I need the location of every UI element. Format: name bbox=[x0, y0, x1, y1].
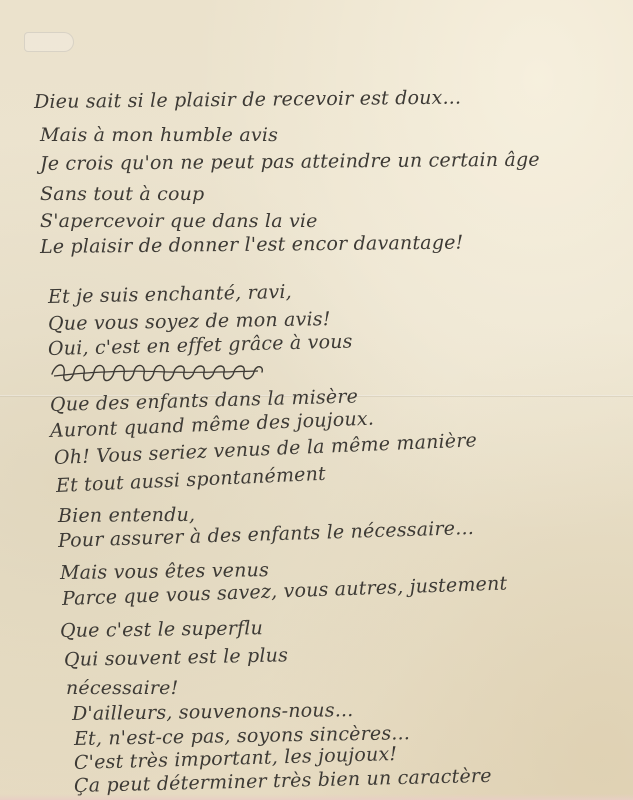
paper-bottom-edge bbox=[0, 794, 633, 800]
crossed-out-scribble bbox=[48, 360, 268, 386]
stanza-2-line-3: Oui, c'est en effet grâce à vous bbox=[48, 331, 353, 360]
stanza-1-line-1: Dieu sait si le plaisir de recevoir est … bbox=[34, 87, 461, 113]
stanza-2-line-1: Et je suis enchanté, ravi, bbox=[48, 281, 292, 308]
stanza-1-line-3: Je crois qu'on ne peut pas atteindre un … bbox=[40, 149, 540, 175]
stanza-2-line-13: Qui souvent est le plus bbox=[64, 644, 289, 671]
stanza-2-line-7: Et tout aussi spontanément bbox=[56, 463, 327, 497]
stanza-2-line-12: Que c'est le superflu bbox=[60, 617, 263, 642]
stanza-2-line-2: Que vous soyez de mon avis! bbox=[48, 308, 331, 335]
stanza-2-line-14: nécessaire! bbox=[66, 677, 178, 699]
faded-stamp-mark bbox=[24, 32, 74, 52]
stanza-1-line-6: Le plaisir de donner l'est encor davanta… bbox=[40, 232, 464, 258]
stanza-2-line-8: Bien entendu, bbox=[58, 504, 195, 527]
stanza-1-line-2: Mais à mon humble avis bbox=[40, 124, 278, 146]
stanza-2-line-15: D'ailleurs, souvenons-nous... bbox=[72, 699, 354, 725]
manuscript-page: Dieu sait si le plaisir de recevoir est … bbox=[0, 0, 633, 800]
stanza-2-line-10: Mais vous êtes venus bbox=[60, 559, 269, 584]
stanza-1-line-4: Sans tout à coup bbox=[40, 183, 204, 205]
stanza-1-line-5: S'apercevoir que dans la vie bbox=[40, 210, 318, 232]
